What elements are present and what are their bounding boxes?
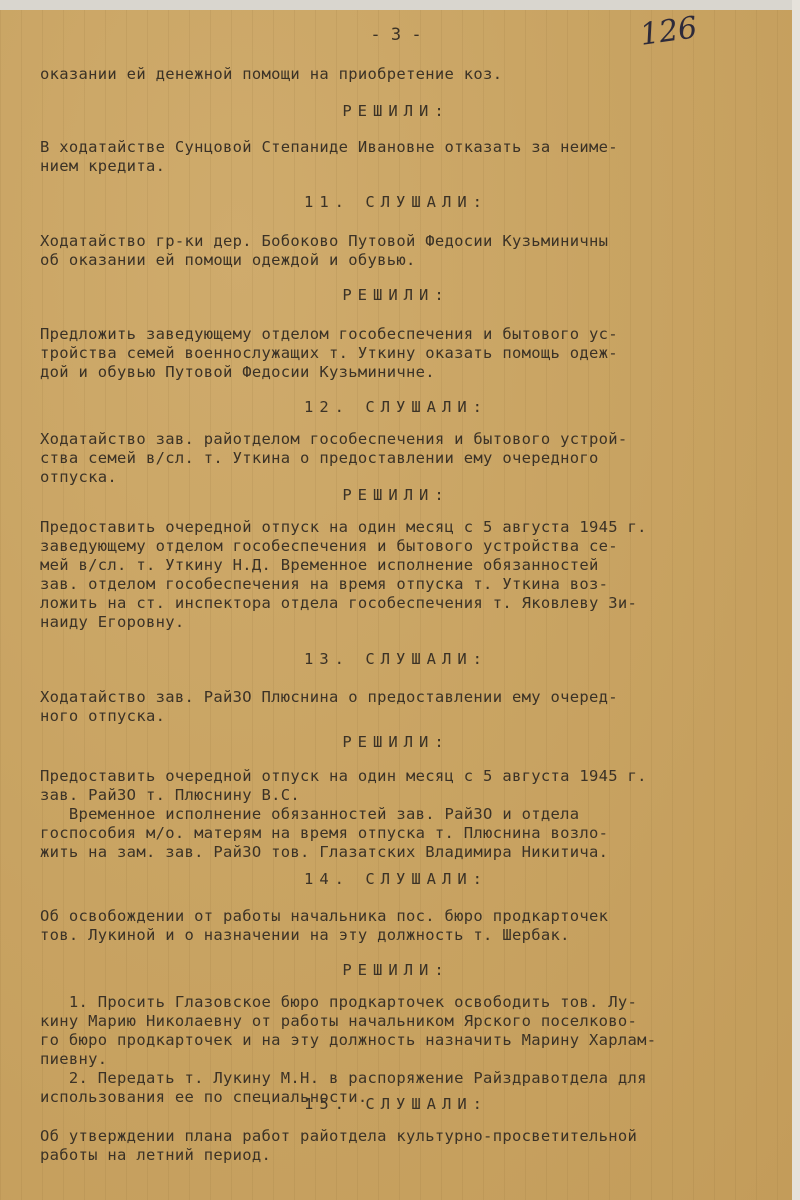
section-heading: 14. СЛУШАЛИ:	[0, 870, 792, 889]
section-heading: РЕШИЛИ:	[0, 286, 792, 305]
section-heading: 15. СЛУШАЛИ:	[0, 1095, 792, 1114]
text-line: зав. отделом гособеспечения на время отп…	[40, 575, 608, 594]
text-line: В ходатайстве Сунцовой Степаниде Ивановн…	[40, 138, 618, 157]
text-line: нием кредита.	[40, 157, 165, 176]
text-line: ства семей в/сл. т. Уткина о предоставле…	[40, 449, 599, 468]
text-line: пиевну.	[40, 1050, 107, 1069]
text-line: тов. Лукиной и о назначении на эту должн…	[40, 926, 570, 945]
handwritten-folio-number: 126	[639, 18, 698, 45]
section-heading: 11. СЛУШАЛИ:	[0, 193, 792, 212]
text-line: ного отпуска.	[40, 707, 165, 726]
text-line: тройства семей военнослужащих т. Уткину …	[40, 344, 618, 363]
text-line: Ходатайство зав. райотделом гособеспечен…	[40, 430, 628, 449]
text-line: отпуска.	[40, 468, 117, 487]
text-line: работы на летний период.	[40, 1146, 271, 1165]
text-line: заведующему отделом гособеспечения и быт…	[40, 537, 618, 556]
section-heading: 13. СЛУШАЛИ:	[0, 650, 792, 669]
text-line: Ходатайство гр-ки дер. Бобоково Путовой …	[40, 232, 608, 251]
text-line: дой и обувью Путовой Федосии Кузьминичне…	[40, 363, 435, 382]
section-heading: РЕШИЛИ:	[0, 486, 792, 505]
text-line: оказании ей денежной помощи на приобрете…	[40, 65, 502, 84]
text-line: Об освобождении от работы начальника пос…	[40, 907, 608, 926]
section-heading: РЕШИЛИ:	[0, 102, 792, 121]
text-line: 2. Передать т. Лукину М.Н. в распоряжени…	[40, 1069, 647, 1088]
section-heading: РЕШИЛИ:	[0, 733, 792, 752]
text-line: Ходатайство зав. РайЗО Плюснина о предос…	[40, 688, 618, 707]
text-line: го бюро продкарточек и на эту должность …	[40, 1031, 656, 1050]
text-line: зав. РайЗО т. Плюснину В.С.	[40, 786, 300, 805]
page-edge	[792, 0, 800, 1200]
text-line: наиду Егоровну.	[40, 613, 184, 632]
text-line: Предоставить очередной отпуск на один ме…	[40, 767, 647, 786]
text-line: 1. Просить Глазовское бюро продкарточек …	[40, 993, 637, 1012]
text-line: Об утверждении плана работ райотдела кул…	[40, 1127, 637, 1146]
text-line: кину Марию Николаевну от работы начальни…	[40, 1012, 637, 1031]
text-line: об оказании ей помощи одеждой и обувью.	[40, 251, 416, 270]
section-heading: 12. СЛУШАЛИ:	[0, 398, 792, 417]
text-line: Предложить заведующему отделом гособеспе…	[40, 325, 618, 344]
document-page: - 3 - 126 оказании ей денежной помощи на…	[0, 10, 792, 1200]
section-heading: РЕШИЛИ:	[0, 961, 792, 980]
text-line: Временное исполнение обязанностей зав. Р…	[40, 805, 579, 824]
text-line: госпособия м/о. матерям на время отпуска…	[40, 824, 608, 843]
text-line: мей в/сл. т. Уткину Н.Д. Временное испол…	[40, 556, 599, 575]
text-line: ложить на ст. инспектора отдела гособесп…	[40, 594, 637, 613]
text-line: Предоставить очередной отпуск на один ме…	[40, 518, 647, 537]
text-line: жить на зам. зав. РайЗО тов. Глазатских …	[40, 843, 608, 862]
